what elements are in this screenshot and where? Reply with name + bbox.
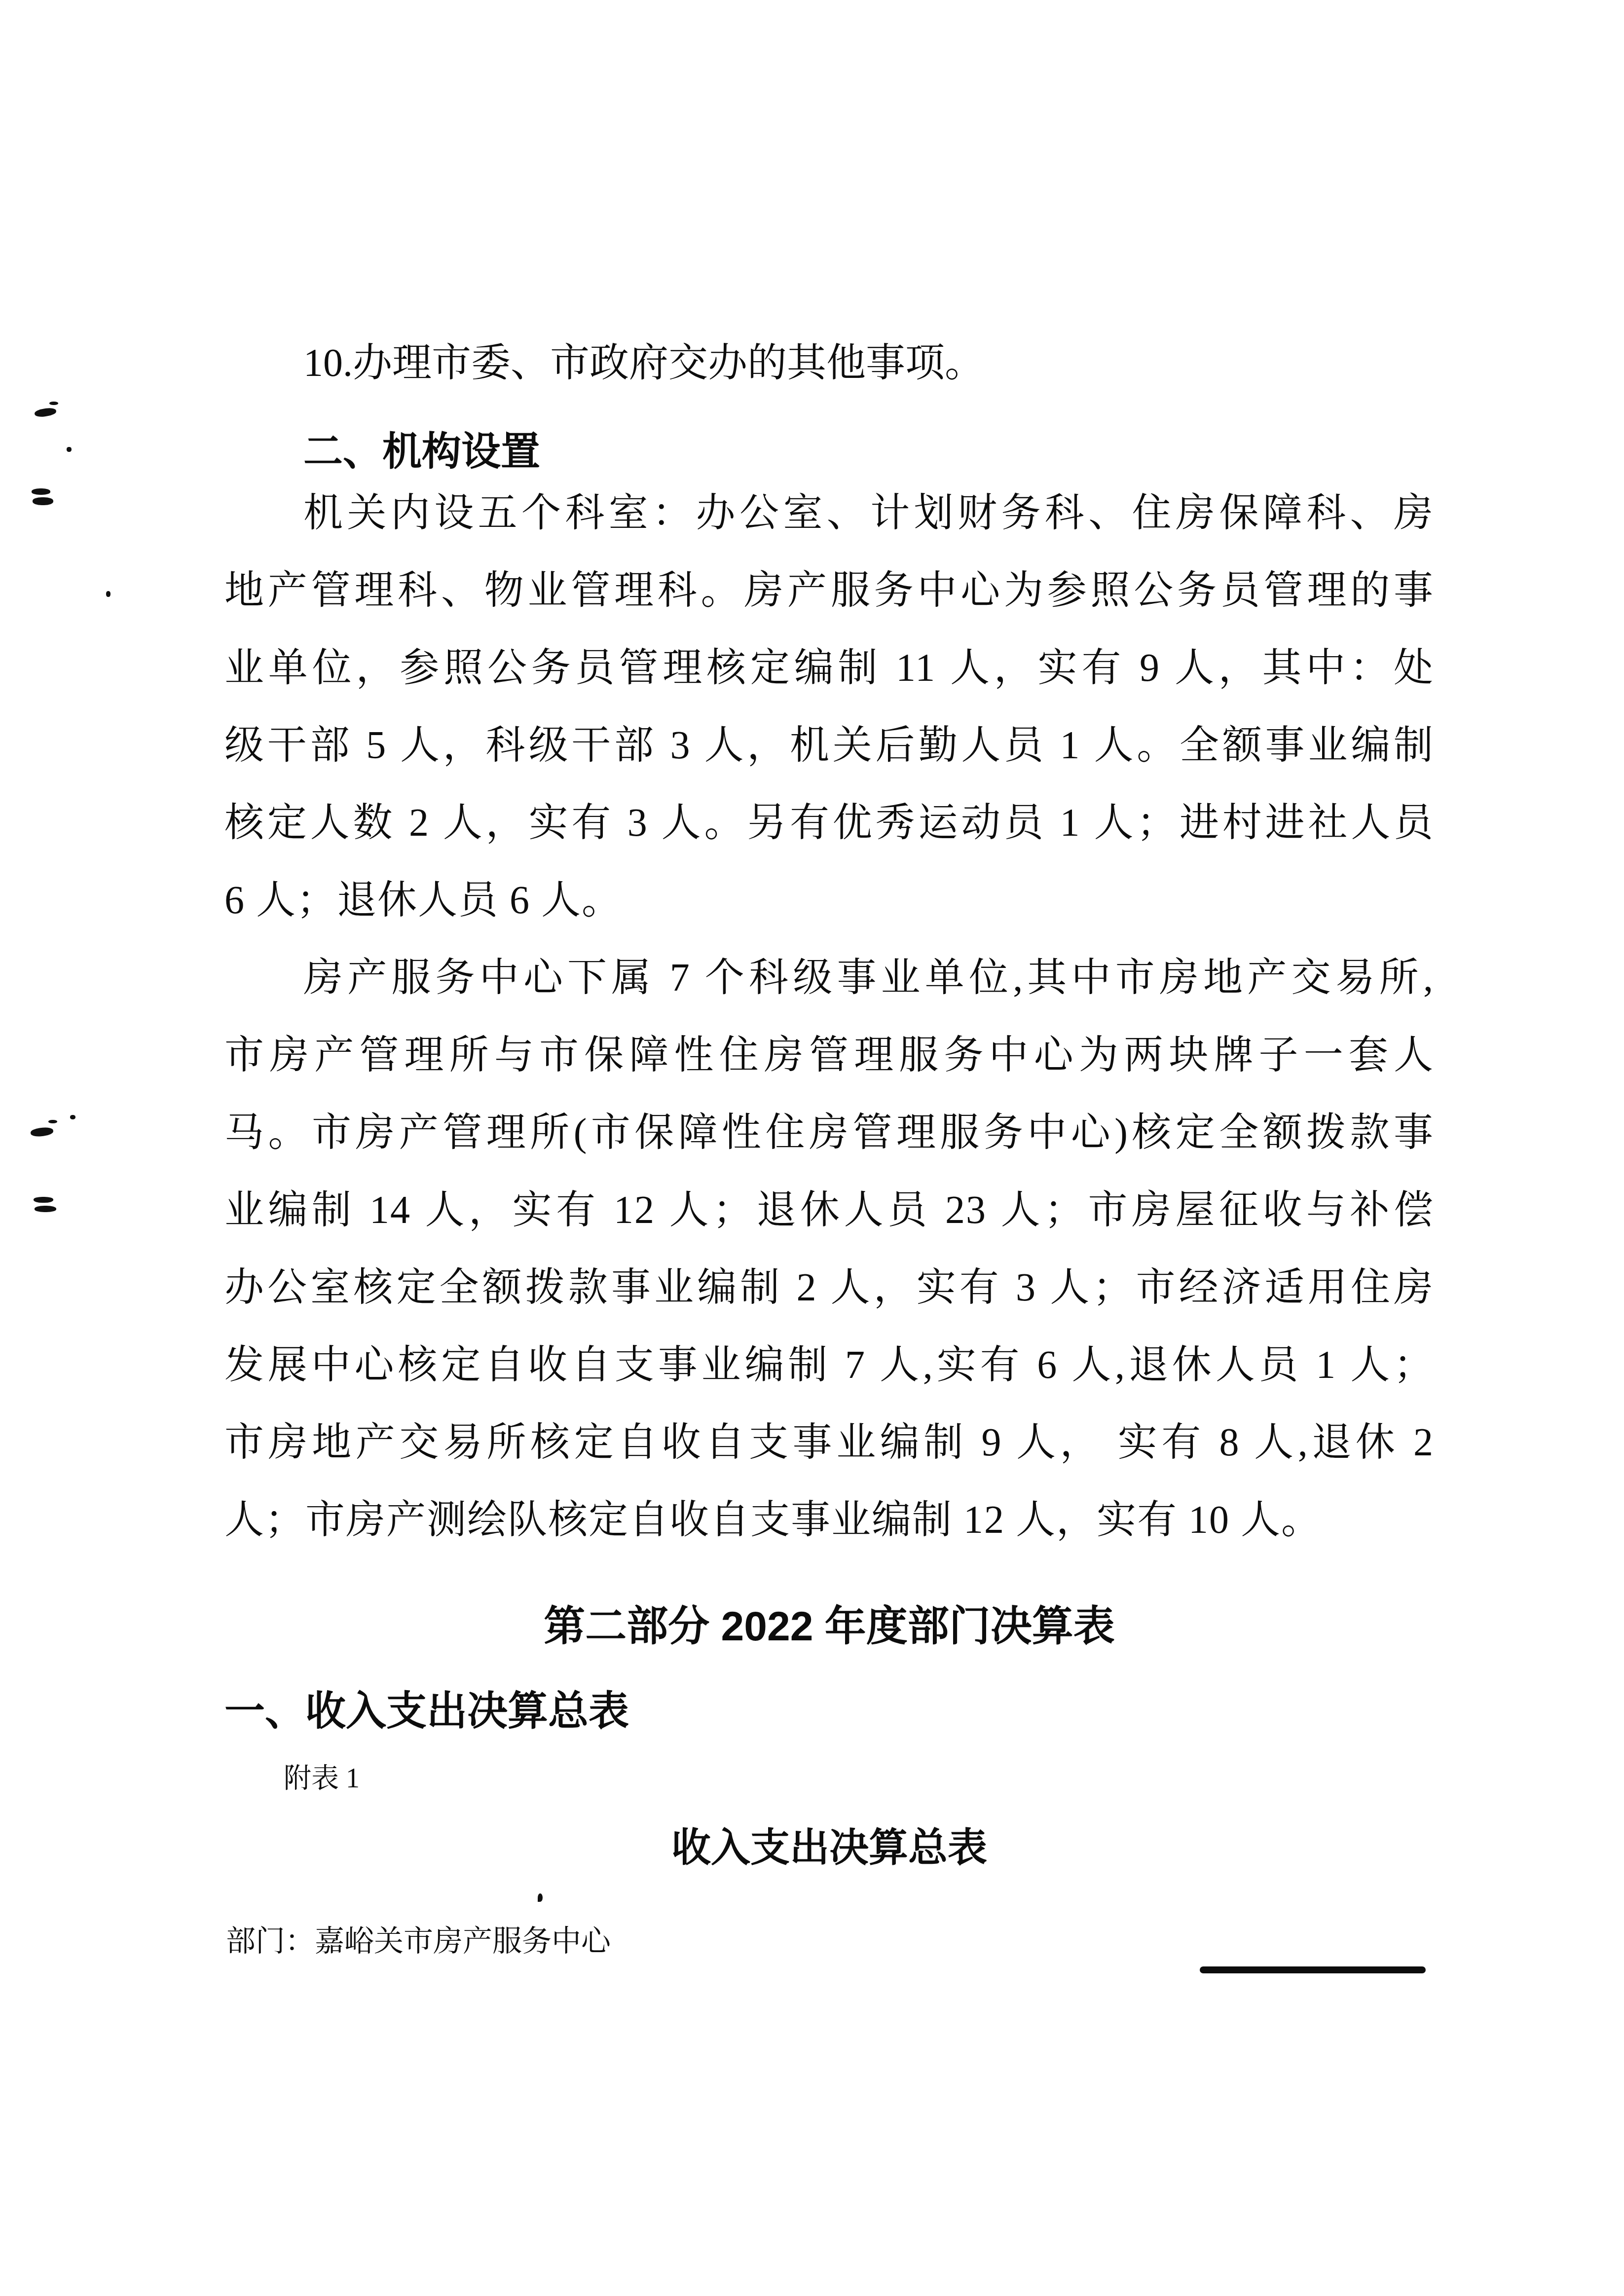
paragraph-line: 机关内设五个科室：办公室、计划财务科、住房保障科、房: [224, 475, 1434, 552]
paragraph-line: 马。市房产管理所(市保障性住房管理服务中心)核定全额拨款事: [224, 1094, 1434, 1172]
scan-ink-speck: [538, 1893, 543, 1902]
scan-ink-speck: [34, 407, 57, 418]
paragraph-line: 6 人；退休人员 6 人。: [224, 862, 1434, 939]
paragraph-line: 市房地产交易所核定自收自支事业编制 9 人， 实有 8 人,退休 2: [224, 1404, 1434, 1481]
scan-ink-speck: [30, 1127, 54, 1138]
duty-item-10: 10.办理市委、市政府交办的其他事项。: [224, 325, 1434, 402]
scan-ink-speck: [49, 402, 58, 405]
income-expense-table-title: 收入支出决算总表: [224, 1825, 1434, 1870]
scan-ink-speck: [70, 1115, 75, 1119]
scan-ink-speck: [67, 447, 72, 452]
part2-title: 第二部分 2022 年度部门决算表: [224, 1588, 1434, 1665]
paragraph-line: 地产管理科、物业管理科。房产服务中心为参照公务员管理的事: [224, 552, 1434, 630]
paragraph-line: 业编制 14 人，实有 12 人；退休人员 23 人；市房屋征收与补偿: [224, 1172, 1434, 1249]
scan-ink-speck: [35, 1206, 56, 1212]
department-name-label: 部门：嘉峪关市房产服务中心: [226, 1925, 611, 1958]
paragraph-line: 级干部 5 人，科级干部 3 人，机关后勤人员 1 人。全额事业编制: [224, 707, 1434, 784]
paragraph-line: 房产服务中心下属 7 个科级事业单位,其中市房地产交易所,: [224, 939, 1434, 1017]
table-header-underline: [1200, 1966, 1426, 1973]
scan-ink-speck: [32, 488, 50, 495]
scan-ink-speck: [106, 591, 111, 597]
subunit-paragraph: 房产服务中心下属 7 个科级事业单位,其中市房地产交易所, 市房产管理所与市保障…: [224, 939, 1434, 1559]
income-expense-section-heading: 一、收入支出决算总表: [224, 1672, 1434, 1750]
org-paragraph: 机关内设五个科室：办公室、计划财务科、住房保障科、房 地产管理科、物业管理科。房…: [224, 475, 1434, 939]
paragraph-line: 办公室核定全额拨款事业编制 2 人，实有 3 人；市经济适用住房: [224, 1249, 1434, 1327]
paragraph-line: 业单位，参照公务员管理核定编制 11 人，实有 9 人，其中：处: [224, 630, 1434, 707]
paragraph-line: 发展中心核定自收自支事业编制 7 人,实有 6 人,退休人员 1 人；: [224, 1327, 1434, 1404]
paragraph-line: 核定人数 2 人，实有 3 人。另有优秀运动员 1 人；进村进社人员: [224, 784, 1434, 862]
scan-ink-speck: [34, 1197, 53, 1203]
attachment-table-label: 附表 1: [284, 1756, 360, 1801]
paragraph-line: 人；市房产测绘队核定自收自支事业编制 12 人，实有 10 人。: [224, 1481, 1434, 1559]
scan-ink-speck: [48, 1120, 57, 1123]
paragraph-line: 市房产管理所与市保障性住房管理服务中心为两块牌子一套人: [224, 1017, 1434, 1094]
scan-ink-speck: [33, 497, 53, 505]
